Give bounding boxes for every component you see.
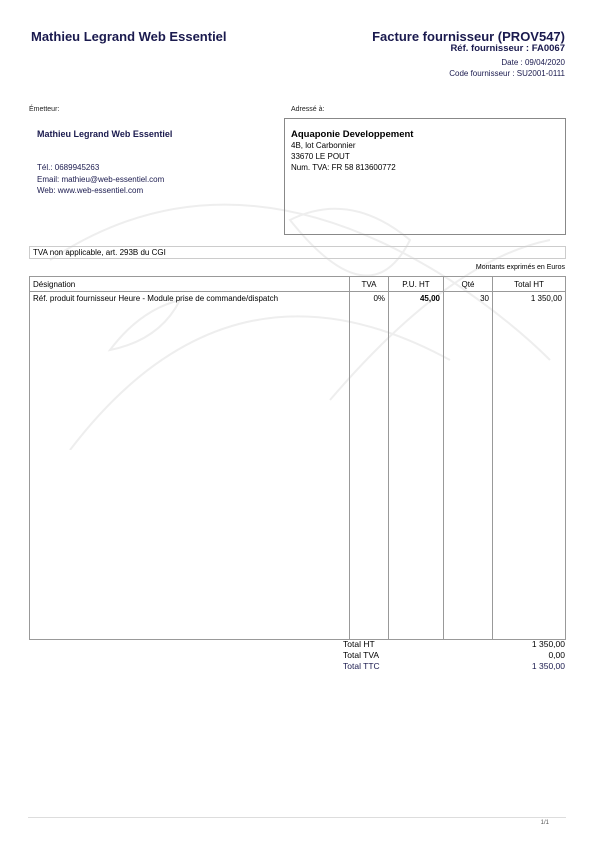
currency-note: Montants exprimés en Euros (476, 264, 565, 271)
cell-tva: 0% (350, 292, 389, 306)
cell-designation: Réf. produit fournisseur Heure - Module … (30, 292, 350, 306)
company-name-header: Mathieu Legrand Web Essentiel (31, 29, 227, 44)
table-header-row: Désignation TVA P.U. HT Qté Total HT (30, 277, 566, 292)
invoice-lines-table: Désignation TVA P.U. HT Qté Total HT Réf… (29, 276, 566, 640)
invoice-date: Date : 09/04/2020 (501, 58, 565, 67)
recipient-vat-number: Num. TVA: FR 58 813600772 (291, 163, 396, 172)
column-header-quantity: Qté (444, 277, 493, 292)
total-ttc-value: 1 350,00 (532, 661, 565, 671)
column-header-unit-price: P.U. HT (389, 277, 444, 292)
sender-phone: Tél.: 0689945263 (37, 163, 99, 172)
recipient-address-line2: 33670 LE POUT (291, 152, 350, 161)
cell-unit-price: 45,00 (389, 292, 444, 306)
supplier-ref: Réf. fournisseur : FA0067 (450, 43, 565, 54)
recipient-label: Adressé à: (291, 106, 324, 113)
table-row: Réf. produit fournisseur Heure - Module … (30, 292, 566, 306)
page-number: 1/1 (541, 820, 549, 826)
total-ttc-label: Total TTC (343, 661, 380, 671)
total-tva-value: 0,00 (548, 650, 565, 660)
sender-web: Web: www.web-essentiel.com (37, 186, 143, 195)
column-header-designation: Désignation (30, 277, 350, 292)
total-ht-value: 1 350,00 (532, 639, 565, 649)
sender-email: Email: mathieu@web-essentiel.com (37, 175, 164, 184)
cell-total-ht: 1 350,00 (493, 292, 566, 306)
supplier-code: Code fournisseur : SU2001-0111 (449, 69, 565, 78)
table-filler-row (30, 305, 566, 640)
document-title: Facture fournisseur (PROV547) (372, 29, 565, 44)
total-tva-label: Total TVA (343, 650, 379, 660)
footer-divider (28, 817, 566, 818)
total-ht-label: Total HT (343, 639, 375, 649)
sender-name: Mathieu Legrand Web Essentiel (37, 129, 172, 139)
cell-quantity: 30 (444, 292, 493, 306)
recipient-name: Aquaponie Developpement (291, 129, 413, 140)
sender-label: Émetteur: (29, 106, 59, 113)
column-header-total-ht: Total HT (493, 277, 566, 292)
recipient-address-line1: 4B, lot Carbonnier (291, 141, 355, 150)
column-header-tva: TVA (350, 277, 389, 292)
vat-exemption-note: TVA non applicable, art. 293B du CGI (29, 246, 566, 259)
